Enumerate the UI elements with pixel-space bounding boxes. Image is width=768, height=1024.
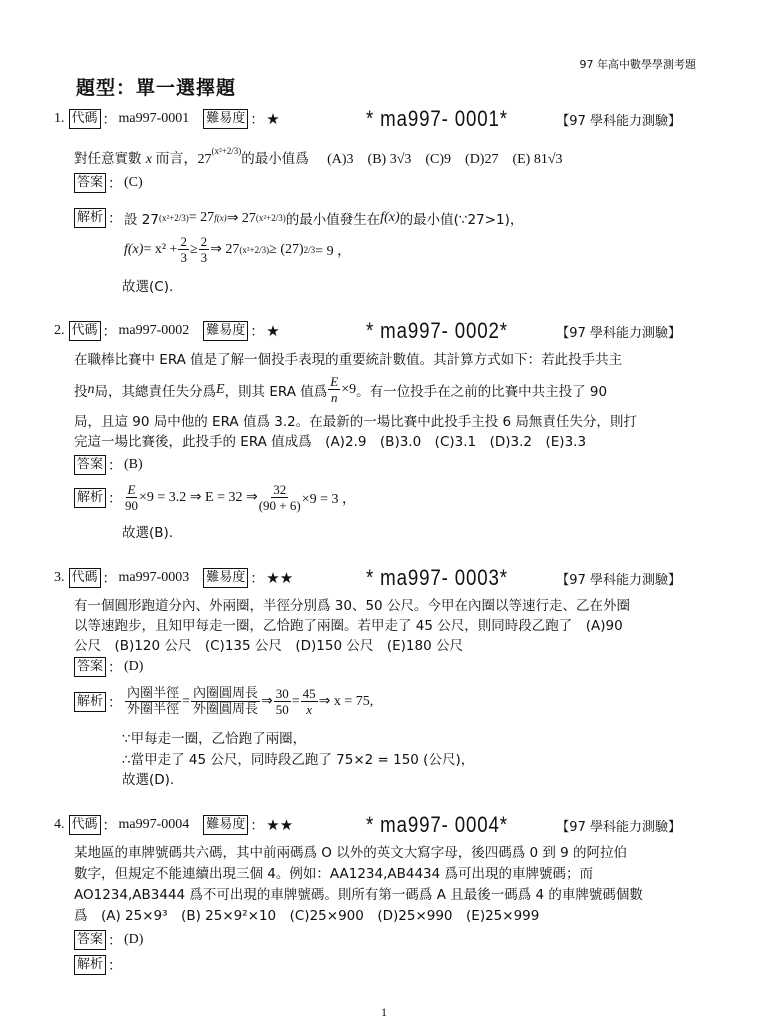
question-2-meta: 2. 代碼 ： ma997-0002 難易度 ： ★ * ma997- 0002…: [54, 320, 681, 342]
denominator: 3: [180, 250, 187, 265]
colon: ：: [103, 815, 117, 835]
answer-value: (D): [124, 932, 143, 948]
colon: ：: [108, 657, 122, 677]
barcode-text: * ma997- 0002*: [366, 318, 528, 344]
text: ⇒ x = 75,: [319, 693, 374, 710]
fraction: 23: [199, 234, 210, 265]
question-2-body-line: 在職棒比賽中 ERA 值是了解一個投手表現的重要統計數值。其計算方式如下：若此投…: [74, 348, 622, 368]
question-code: ma997-0003: [119, 570, 190, 586]
question-2-answer: 答案 ： (B): [74, 455, 143, 475]
colon: ：: [250, 568, 264, 588]
text: ⇒ 27: [227, 210, 256, 227]
question-number: 3.: [54, 570, 65, 586]
question-2-conclusion: 故選(B).: [122, 521, 173, 541]
question-3-analysis-line: ∴當甲走了 45 公尺，同時段乙跑了 75×2 = 150 (公尺)，: [122, 748, 474, 768]
denominator: 50: [276, 702, 289, 717]
difficulty-label: 難易度: [203, 109, 248, 129]
code-label: 代碼: [69, 568, 101, 588]
numerator: 45: [301, 686, 318, 702]
question-1-conclusion: 故選(C).: [122, 275, 173, 295]
question-1-analysis-line-2: f(x) = x² + 23 ≥ 23 ⇒ 27(x²+2/3) ≥ (27)2…: [124, 234, 351, 265]
difficulty-label: 難易度: [203, 568, 248, 588]
question-4-analysis: 解析 ：: [74, 955, 124, 975]
colon: ：: [250, 815, 264, 835]
numerator: E: [328, 374, 340, 390]
text: 設 27: [124, 208, 159, 228]
question-number: 1.: [54, 111, 65, 127]
denominator: 外圈圓周長: [193, 702, 258, 717]
question-4-meta: 4. 代碼 ： ma997-0004 難易度 ： ★★ * ma997- 000…: [54, 814, 681, 836]
question-3-analysis-line-1: 解析 ： 內圈半徑外圈半徑 = 內圈圓周長外圈圓周長 ⇒ 3050 = 45x …: [74, 686, 373, 717]
text: ≥: [190, 242, 198, 258]
colon: ：: [103, 568, 117, 588]
barcode-text: * ma997- 0004*: [366, 812, 528, 838]
denominator: x: [306, 702, 312, 717]
answer-label: 答案: [74, 930, 106, 950]
colon: ：: [250, 109, 264, 129]
question-3-body-line: 有一個圓形跑道分內、外兩圈，半徑分別爲 30、50 公尺。今甲在內圈以等速行走、…: [74, 594, 630, 614]
question-number: 2.: [54, 323, 65, 339]
text: = x² +: [143, 242, 177, 258]
page-number: 1: [381, 1005, 387, 1020]
question-number: 4.: [54, 817, 65, 833]
text: 的最小值爲: [241, 151, 309, 167]
text: = 9 ，: [315, 240, 351, 260]
exponent: 2/3: [304, 245, 316, 255]
colon: ：: [108, 955, 122, 975]
colon: ：: [108, 488, 122, 508]
numerator: 30: [274, 686, 291, 702]
difficulty-stars: ★: [266, 322, 366, 340]
text: 而言，27: [152, 152, 212, 167]
exponent: f(x): [214, 213, 227, 223]
barcode-text: * ma997- 0003*: [366, 565, 528, 591]
question-code: ma997-0001: [119, 111, 190, 127]
difficulty-stars: ★: [266, 110, 366, 128]
code-label: 代碼: [69, 109, 101, 129]
question-1-meta: 1. 代碼 ： ma997-0001 難易度 ： ★ * ma997- 0001…: [54, 108, 681, 130]
question-2-body-line: 完這一場比賽後，此投手的 ERA 值成爲 (A)2.9 (B)3.0 (C)3.…: [74, 430, 586, 450]
question-4-answer: 答案 ： (D): [74, 930, 143, 950]
question-4-body-line: 爲 (A) 25×9³ (B) 25×9²×10 (C)25×900 (D)25…: [74, 904, 539, 924]
options: (A)3 (B) 3√3 (C)9 (D)27 (E) 81√3: [327, 152, 562, 167]
fraction: 3050: [274, 686, 291, 717]
text: 的最小值發生在: [286, 208, 381, 228]
fraction: 32(90 + 6): [259, 482, 301, 513]
denominator: 90: [125, 498, 138, 513]
colon: ：: [108, 208, 122, 228]
colon: ：: [108, 455, 122, 475]
question-2-analysis-line-1: 解析 ： E90 ×9 = 3.2 ⇒ E = 32 ⇒ 32(90 + 6) …: [74, 482, 356, 513]
exponent: (x²+2/3): [239, 245, 269, 255]
answer-value: (B): [124, 457, 143, 473]
code-label: 代碼: [69, 321, 101, 341]
question-4-body-line: 某地區的車牌號碼共六碼，其中前兩碼爲 O 以外的英文大寫字母，後四碼爲 0 到 …: [74, 841, 627, 861]
text: ×9: [341, 382, 356, 398]
difficulty-label: 難易度: [203, 815, 248, 835]
question-3-conclusion: 故選(D).: [122, 768, 174, 788]
question-code: ma997-0002: [119, 323, 190, 339]
question-3-body-line: 以等速跑步，且知甲每走一圈，乙恰跑了兩圈。若甲走了 45 公尺，則同時段乙跑了 …: [74, 614, 623, 634]
source-label: 【97 學科能力測驗】: [556, 322, 681, 341]
text: ⇒ 27: [210, 241, 239, 258]
text: f(x): [380, 210, 399, 226]
source-label: 【97 學科能力測驗】: [556, 110, 681, 129]
difficulty-label: 難易度: [203, 321, 248, 341]
question-4-body-line: AO1234,AB3444 爲不可出現的車牌號碼。則所有第一碼爲 A 且最後一碼…: [74, 883, 643, 903]
question-3-analysis-line: ∵甲每走一圈，乙恰跑了兩圈，: [122, 727, 306, 747]
exponent: (x²+2/3): [212, 146, 242, 156]
fraction: 內圈半徑外圈半徑: [125, 686, 181, 717]
analysis-label: 解析: [74, 692, 106, 712]
question-2-body-line: 局，且這 90 局中他的 ERA 值爲 3.2。在最新的一場比賽中此投手主投 6…: [74, 410, 637, 430]
page-title: 題型：單一選擇題: [76, 73, 236, 100]
colon: ：: [250, 321, 264, 341]
answer-value: (D): [124, 659, 143, 675]
question-4-body-line: 數字，但規定不能連續出現三個 4。例如：AA1234,AB4434 爲可出現的車…: [74, 862, 593, 882]
question-3-answer: 答案 ： (D): [74, 657, 143, 677]
numerator: 內圈圓周長: [191, 686, 260, 702]
source-label: 【97 學科能力測驗】: [556, 816, 681, 835]
analysis-label: 解析: [74, 955, 106, 975]
analysis-label: 解析: [74, 488, 106, 508]
source-label: 【97 學科能力測驗】: [556, 569, 681, 588]
code-label: 代碼: [69, 815, 101, 835]
barcode-text: * ma997- 0001*: [366, 106, 528, 132]
answer-label: 答案: [74, 657, 106, 677]
question-2-body-line: 投 n 局，其總責任失分爲 E，則其 ERA 值爲 En ×9 。有一位投手在之…: [74, 374, 607, 405]
question-1-answer: 答案 ： (C): [74, 173, 143, 193]
question-code: ma997-0004: [119, 817, 190, 833]
numerator: E: [126, 482, 138, 498]
denominator: 3: [201, 250, 208, 265]
difficulty-stars: ★★: [266, 816, 366, 834]
colon: ：: [103, 321, 117, 341]
question-1-analysis-line-1: 解析 ： 設 27(x²+2/3) = 27f(x) ⇒ 27(x²+2/3)的…: [74, 208, 523, 228]
question-3-body-line: 公尺 (B)120 公尺 (C)135 公尺 (D)150 公尺 (E)180 …: [74, 634, 463, 654]
text: f(x): [124, 242, 143, 258]
colon: ：: [108, 173, 122, 193]
question-1-body: 對任意實數 x 而言，27(x²+2/3)的最小值爲 (A)3 (B) 3√3 …: [74, 146, 563, 168]
text: ×9 = 3 ，: [302, 488, 356, 508]
question-3-meta: 3. 代碼 ： ma997-0003 難易度 ： ★★ * ma997- 000…: [54, 567, 681, 589]
text: ×9 = 3.2 ⇒ E = 32 ⇒: [139, 489, 258, 506]
exponent: (x²+2/3): [256, 213, 286, 223]
colon: ：: [103, 109, 117, 129]
fraction: 23: [178, 234, 189, 265]
text: = 27: [189, 210, 214, 226]
fraction: 45x: [301, 686, 318, 717]
fraction: E90: [125, 482, 138, 513]
text: ≥ (27): [269, 242, 304, 258]
text: 的最小值(∵27>1)，: [400, 208, 524, 228]
numerator: 2: [178, 234, 189, 250]
answer-label: 答案: [74, 455, 106, 475]
fraction: En: [328, 374, 340, 405]
analysis-label: 解析: [74, 208, 106, 228]
text: 對任意實數: [74, 151, 146, 167]
denominator: (90 + 6): [259, 498, 301, 513]
difficulty-stars: ★★: [266, 569, 366, 587]
denominator: n: [331, 390, 338, 405]
numerator: 2: [199, 234, 210, 250]
colon: ：: [108, 930, 122, 950]
answer-label: 答案: [74, 173, 106, 193]
numerator: 內圈半徑: [125, 686, 181, 702]
colon: ：: [108, 692, 122, 712]
denominator: 外圈半徑: [127, 702, 179, 717]
fraction: 內圈圓周長外圈圓周長: [191, 686, 260, 717]
exponent: (x²+2/3): [159, 213, 189, 223]
document-header: 97 年高中數學學測考題: [580, 56, 697, 72]
answer-value: (C): [124, 175, 143, 191]
numerator: 32: [271, 482, 288, 498]
